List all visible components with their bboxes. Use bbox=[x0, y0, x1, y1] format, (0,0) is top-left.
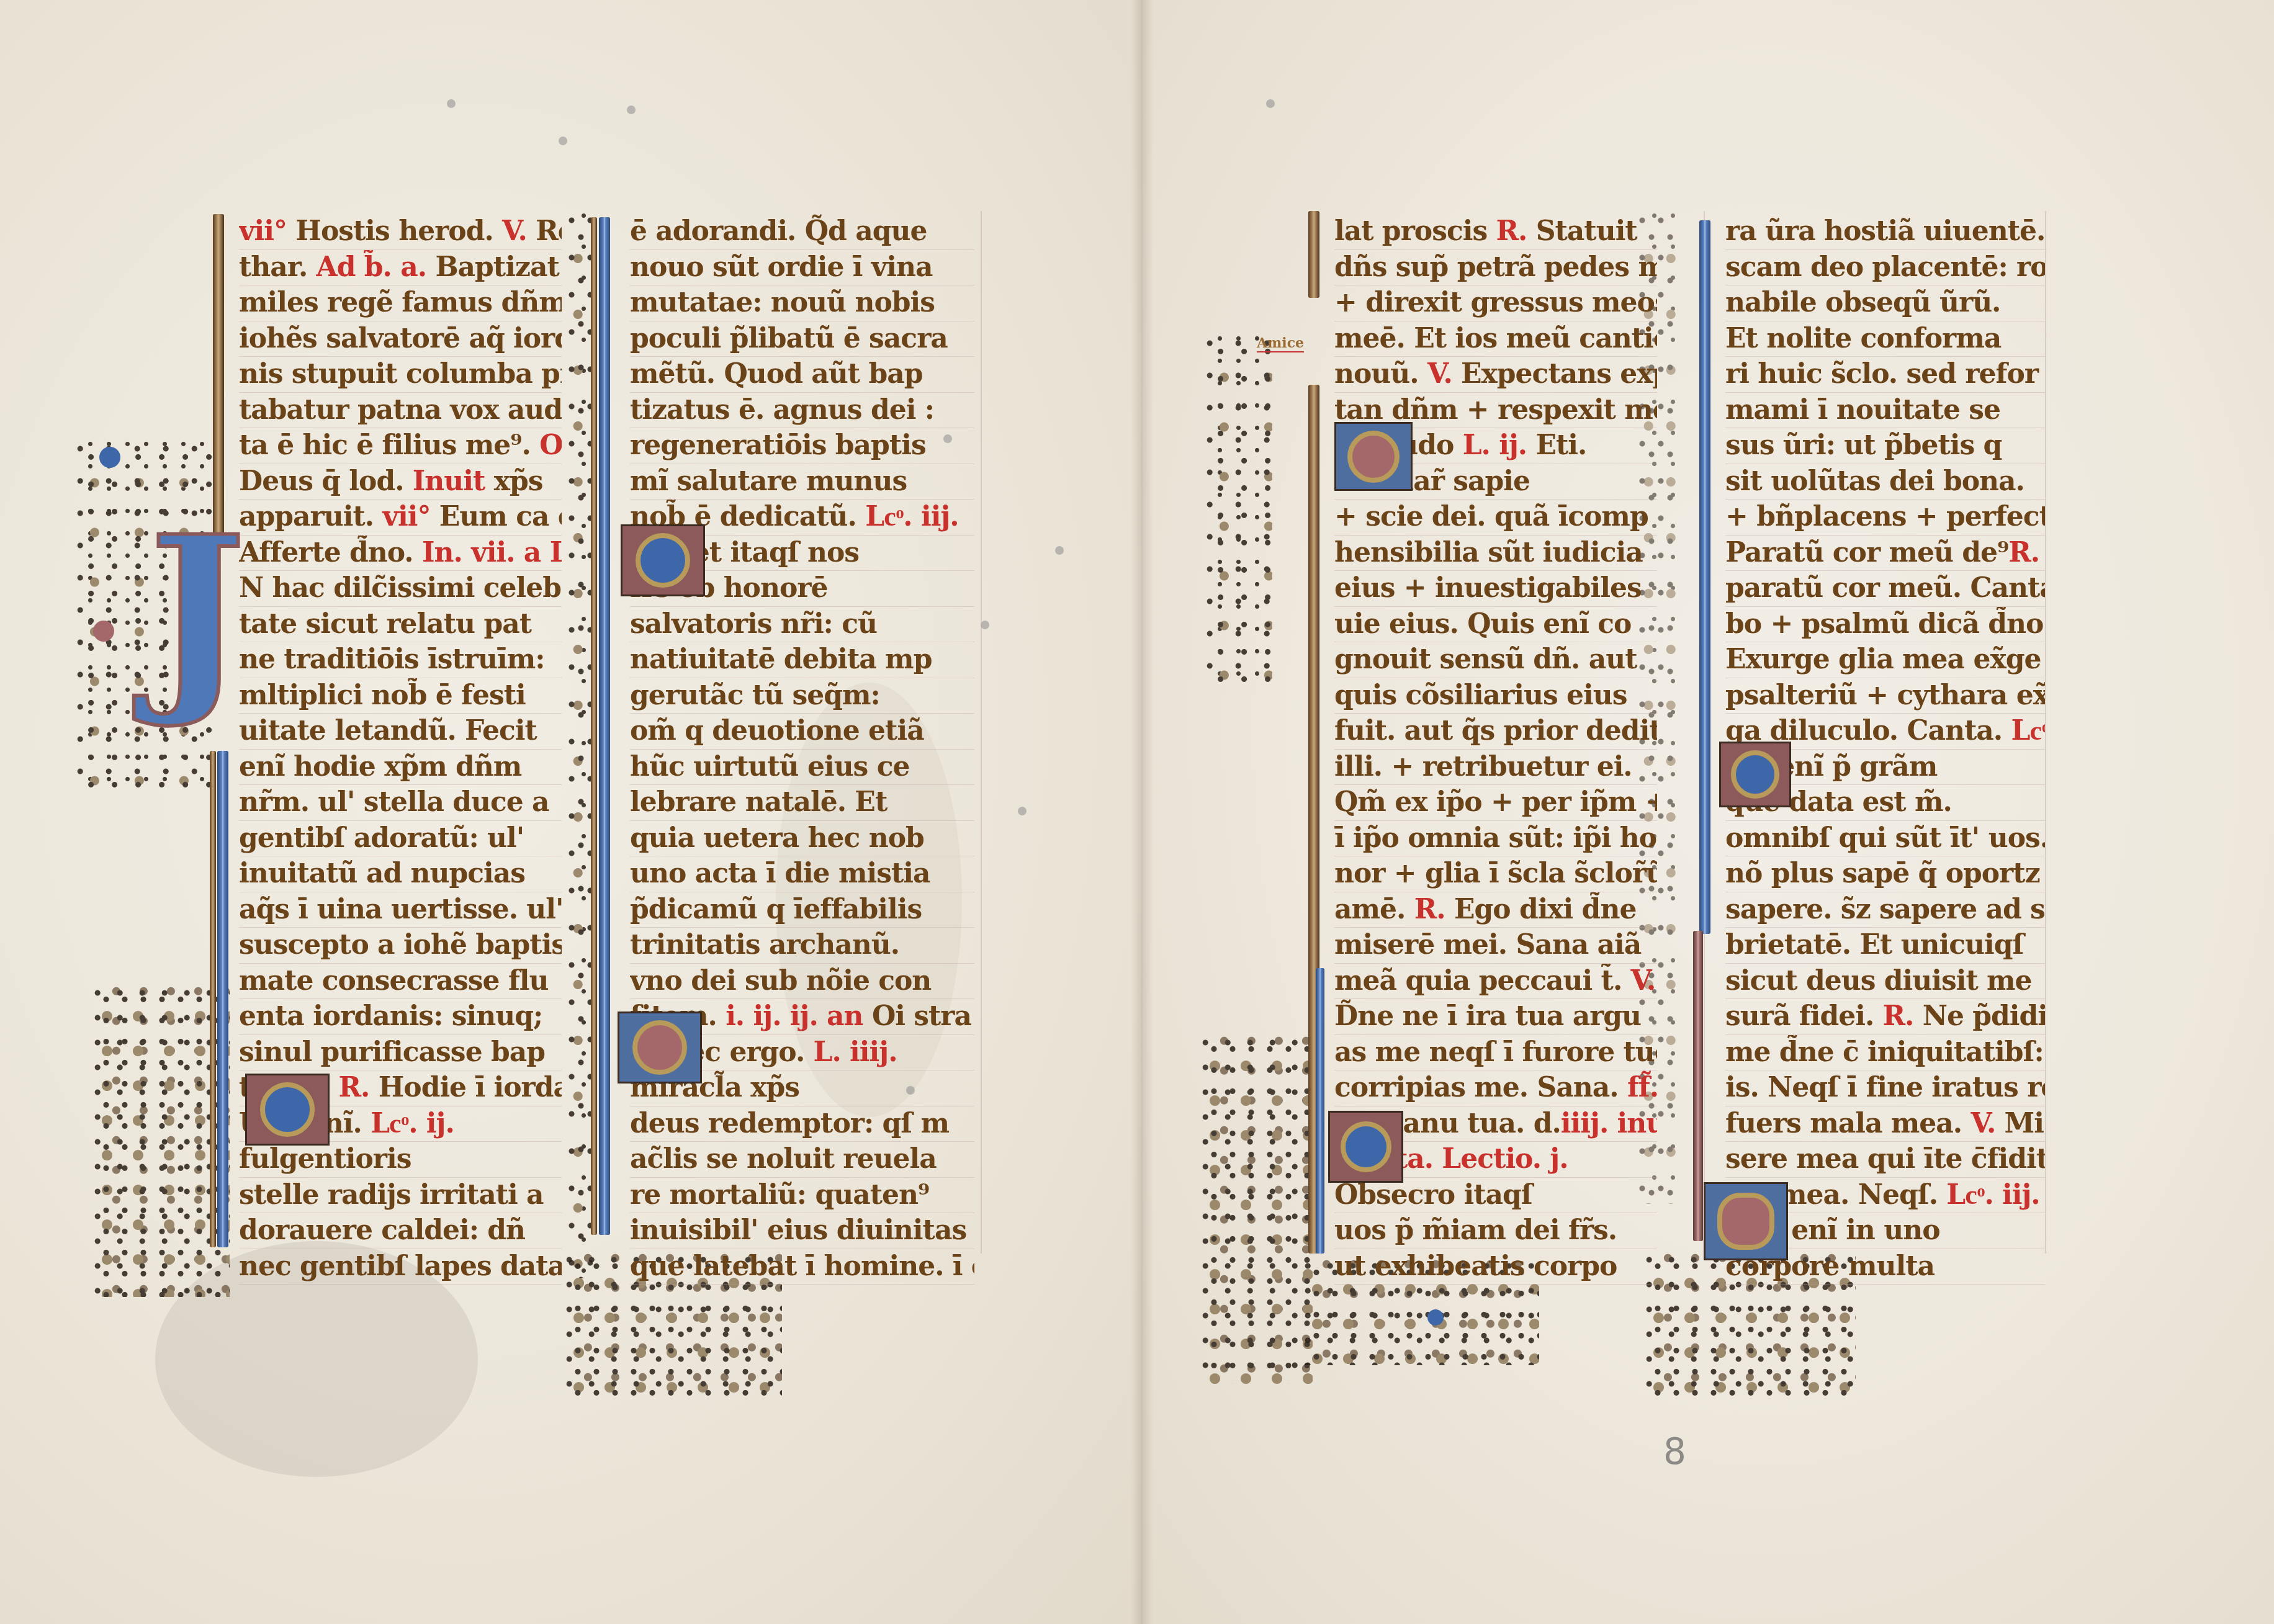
text-line: p̃dicamũ q īeffabilis bbox=[630, 892, 974, 928]
initial-O-altitudo-box bbox=[1334, 422, 1413, 491]
text-line: nis stupuit columba protec bbox=[239, 357, 562, 393]
rubric: R. bbox=[1883, 1000, 1923, 1032]
text-line: gnouit sensũ dñ. aut bbox=[1334, 642, 1657, 678]
text-line: inuisibil' eius diuinitas bbox=[630, 1213, 974, 1249]
text-line: Obsecro itaqſ bbox=[1334, 1178, 1657, 1214]
blue-bar-border bbox=[1316, 968, 1324, 1254]
text-line: re mortaliũ: quaten⁹ bbox=[630, 1178, 974, 1214]
text-segment: is. Neqſ ī fine iratus re bbox=[1725, 1072, 2045, 1103]
text-segment: quia uetera hec nob bbox=[630, 822, 924, 854]
text-line: Afferte d̃no. In. vii. a Lcͦ p̃. bbox=[239, 536, 562, 572]
text-segment: sinul purificasse bap bbox=[239, 1036, 545, 1068]
text-segment: surã fidei. bbox=[1725, 1000, 1883, 1032]
text-line: ⁠+ direxit gressus meos de⁹ bbox=[1334, 285, 1657, 321]
text-segment: Et nolite conforma bbox=[1725, 323, 2001, 354]
text-line: que latebat ī homine. ī ope bbox=[630, 1249, 974, 1285]
text-segment: nabile obseqũ ũrũ. bbox=[1725, 287, 2000, 318]
text-line: fuers mala mea. V. Mi bbox=[1725, 1106, 2045, 1142]
text-line: sapere. s̃z sapere ad so bbox=[1725, 892, 2045, 928]
text-segment: nouo sũt ordie ī vina bbox=[630, 251, 933, 283]
text-line: mẽtũ. Quod aũt bap bbox=[630, 357, 974, 393]
text-segment: hensibilia sũt iudicia bbox=[1334, 537, 1643, 568]
text-segment: tate sicut relatu pat bbox=[239, 608, 531, 640]
text-segment: N hac dilc̃issimi celeb bbox=[239, 572, 561, 604]
text-line: nouo sũt ordie ī vina bbox=[630, 250, 974, 286]
text-line: + scie dei. quã īcomp bbox=[1334, 500, 1657, 536]
text-segment: aq̃s ī uina uertisse. ul' bbox=[239, 894, 562, 925]
text-segment: gerutãc tũ seq̃m: bbox=[630, 680, 880, 711]
text-line: is. Neqſ ī fine iratus re bbox=[1725, 1070, 2045, 1106]
text-segment: Afferte d̃no. bbox=[239, 537, 422, 568]
text-segment: apparuit. bbox=[239, 501, 382, 532]
text-segment: iohẽs salvatorē aq̃ iorda bbox=[239, 323, 562, 354]
blue-bar-border bbox=[1699, 220, 1710, 934]
rubric: i. ij. ij. an bbox=[726, 1000, 872, 1032]
text-line: inuitatũ ad nupcias bbox=[239, 856, 562, 892]
pencil-folio-number: 8 bbox=[1663, 1430, 1686, 1473]
blue-bar-border bbox=[217, 751, 228, 1247]
text-line: aq̃s ī uina uertisse. ul' bbox=[239, 892, 562, 928]
text-line: dñs sup̃ petrã pedes meos bbox=[1334, 250, 1657, 286]
text-segment: inuitatũ ad nupcias bbox=[239, 858, 525, 889]
text-line: ī ip̃o omnia sũt: ip̃i ho bbox=[1334, 821, 1657, 857]
text-line: trinitatis archanũ. bbox=[630, 928, 974, 964]
text-line: lat proscis R. Statuit bbox=[1334, 214, 1657, 250]
text-line: mami ī nouitate se bbox=[1725, 393, 2045, 429]
rubric: Orͦo bbox=[539, 429, 562, 461]
text-line: hensibilia sũt iudicia bbox=[1334, 536, 1657, 572]
text-segment: illi. + retribuetur ei. bbox=[1334, 751, 1632, 783]
text-segment: xp̃s bbox=[485, 465, 542, 497]
text-line: Paratũ cor meũ de⁹R. bbox=[1725, 536, 2045, 572]
text-line: om̃ q deuotione etiã bbox=[630, 714, 974, 750]
text-segment: inuisibil' eius diuinitas bbox=[630, 1214, 966, 1246]
text-segment: dorauere caldei: dñ bbox=[239, 1214, 525, 1246]
rubric: Lcͦ. iij. bbox=[1946, 1179, 2039, 1211]
text-line: corripias me. Sana. ff̃. bbox=[1334, 1070, 1657, 1106]
text-segment: omnibſ qui sũt īt' uos. bbox=[1725, 822, 2045, 854]
text-segment: nõ plus sapē q̃ oportz bbox=[1725, 858, 2040, 889]
text-line: sere mea qui īte c̄fidit bbox=[1725, 1142, 2045, 1178]
text-line: N hac dilc̃issimi celeb bbox=[239, 571, 562, 607]
foxing-spot bbox=[1018, 807, 1027, 815]
text-line: sit uolũtas dei bona. bbox=[1725, 464, 2045, 500]
text-line: ri huic s̃clo. sed refor bbox=[1725, 357, 2045, 393]
rubric: vii° bbox=[239, 215, 295, 247]
text-line: Exurge glia mea ex̃ge bbox=[1725, 642, 2045, 678]
text-segment: Obsecro itaqſ bbox=[1334, 1179, 1532, 1211]
initial-S-sicut-box bbox=[1704, 1182, 1788, 1260]
text-line: deus redemptor: qſ m bbox=[630, 1106, 974, 1142]
text-line: mate consecrasse flu bbox=[239, 964, 562, 1000]
initial-O-obsecro-ring bbox=[1341, 1121, 1391, 1172]
text-line: enĩ hodie xp̃m dñm bbox=[239, 750, 562, 786]
text-line: D̃ne ne ī ira tua argu bbox=[1334, 999, 1657, 1035]
foxing-spot bbox=[1055, 546, 1064, 555]
text-line: vii° Hostis herod. V. Reges bbox=[239, 214, 562, 250]
text-segment: Deus q̄ lod. bbox=[239, 465, 413, 497]
text-line: enta iordanis: sinuq; bbox=[239, 999, 562, 1035]
text-segment: tan dñm + respexit me. bbox=[1334, 394, 1657, 426]
text-line: hũc uirtutũ eius ce bbox=[630, 750, 974, 786]
text-segment: uos p̃ m̃iam dei fr̃s. bbox=[1334, 1214, 1617, 1246]
text-line: gerutãc tũ seq̃m: bbox=[630, 678, 974, 714]
text-line: iohẽs salvatorē aq̃ iorda bbox=[239, 321, 562, 357]
text-segment: Ne p̃didis bbox=[1923, 1000, 2045, 1032]
text-segment: mltiplici nob̃ ē festi bbox=[239, 680, 526, 711]
text-segment: enta iordanis: sinuq; bbox=[239, 1000, 542, 1032]
text-line: uie eius. Quis enĩ co bbox=[1334, 607, 1657, 643]
intercolumnar-border bbox=[568, 211, 593, 1278]
rubric: Lcͦ. iij. bbox=[865, 501, 958, 532]
rose-bar-border bbox=[1693, 931, 1703, 1241]
rubric: L. ij. bbox=[1463, 429, 1536, 461]
text-segment: fuers mala mea. bbox=[1725, 1108, 1971, 1139]
text-segment: uno acta ī die mistia bbox=[630, 858, 930, 889]
text-line: nouũ. V. Expectans expec bbox=[1334, 357, 1657, 393]
text-line: thar. Ad b̃. a. Baptizat bbox=[239, 250, 562, 286]
text-segment: hũc uirtutũ eius ce bbox=[630, 751, 910, 783]
text-segment: Ego dixi d̃ne bbox=[1454, 894, 1636, 925]
text-line: bo + psalmũ dicã d̃no. V. bbox=[1725, 607, 2045, 643]
text-segment: tabatur patna vox audi bbox=[239, 394, 562, 426]
text-segment: brietatē. Et unicuiqſ bbox=[1725, 929, 2024, 961]
text-segment: amē. bbox=[1334, 894, 1414, 925]
text-segment: nr̃m. ul' stella duce a bbox=[239, 786, 549, 818]
text-segment: ra ũra hostiã uiuentē. bbox=[1725, 215, 2045, 247]
rubric: Lectio. j. bbox=[1442, 1143, 1568, 1175]
text-line: ut exhibeatis corpo bbox=[1334, 1249, 1657, 1285]
text-line: lebrare natalē. Et bbox=[630, 785, 974, 821]
text-line: natiuitatē debita mp bbox=[630, 642, 974, 678]
text-line: gentibſ adoratũ: ul' bbox=[239, 821, 562, 857]
text-line: ne traditiōis īstruīm: bbox=[239, 642, 562, 678]
text-segment: salvatoris nr̃i: cũ bbox=[630, 608, 877, 640]
text-line: uno acta ī die mistia bbox=[630, 856, 974, 892]
text-segment: ē adorandi. Q̃d aque bbox=[630, 215, 927, 247]
ruling-line bbox=[2045, 211, 2046, 1254]
text-line: stelle radijs irritati a bbox=[239, 1178, 562, 1214]
text-segment: fuit. aut q̃s prior dedit bbox=[1334, 715, 1657, 747]
text-segment: lat proscis bbox=[1334, 215, 1496, 247]
text-segment: fulgentioris bbox=[239, 1143, 411, 1175]
text-line: uos p̃ m̃iam dei fr̃s. bbox=[1334, 1213, 1657, 1249]
initial-D-box bbox=[618, 1012, 702, 1083]
text-segment: ri huic s̃clo. sed refor bbox=[1725, 358, 2038, 390]
text-segment: trinitatis archanũ. bbox=[630, 929, 899, 961]
rubric: R. bbox=[2008, 537, 2039, 568]
text-segment: meē. Et ios meũ canticã bbox=[1334, 323, 1657, 354]
text-line: ac̃lis se noluit reuela bbox=[630, 1142, 974, 1178]
rubric: V. bbox=[1631, 965, 1656, 997]
rubric: V. bbox=[502, 215, 536, 247]
text-segment: uitate letandũ. Fecit bbox=[239, 715, 537, 747]
rubric: V. bbox=[1971, 1108, 2005, 1139]
text-segment: Reges bbox=[536, 215, 562, 247]
text-segment: Eum ca est. bbox=[439, 501, 562, 532]
text-line: poculi p̃libatũ ē sacra bbox=[630, 321, 974, 357]
text-segment: re mortaliũ: quaten⁹ bbox=[630, 1179, 929, 1211]
text-segment: sus ũri: ut p̃betis q bbox=[1725, 429, 2002, 461]
text-segment: Expectans expec bbox=[1461, 358, 1657, 390]
text-segment: corripias me. Sana. bbox=[1334, 1072, 1627, 1103]
initial-D-dico-ring bbox=[1731, 750, 1779, 799]
rubric: iiij. inuit bbox=[1561, 1108, 1657, 1139]
text-segment: Qm̃ ex ip̃o + per ip̃m + bbox=[1334, 786, 1657, 818]
text-segment: Statuit bbox=[1536, 215, 1637, 247]
text-line: paratũ cor meũ. Canta bbox=[1725, 571, 2045, 607]
initial-O-obsecro-box bbox=[1328, 1111, 1403, 1183]
text-segment: sere mea qui īte c̄fidit bbox=[1725, 1143, 2045, 1175]
rubric: ff̃. bbox=[1627, 1072, 1657, 1103]
text-line: scam deo placentē: ro bbox=[1725, 250, 2045, 286]
text-line: tizatus ē. agnus dei : bbox=[630, 393, 974, 429]
foxing-spot bbox=[981, 621, 989, 629]
text-segment: quis cõsiliarius eius bbox=[1334, 680, 1627, 711]
rubric: Lcͦ. ij. bbox=[2011, 715, 2045, 747]
historiated-J-initial: J bbox=[149, 509, 246, 714]
foxing-spot bbox=[559, 137, 567, 145]
rubric: Lcͦ p̃. bbox=[550, 537, 562, 568]
rubric: Lcͦ. ij. bbox=[371, 1108, 454, 1139]
text-segment: miles regẽ famus dñm suũ bbox=[239, 287, 562, 318]
text-segment: nouũ. bbox=[1334, 358, 1427, 390]
gold-bar-border bbox=[210, 751, 216, 1247]
rubric: V. bbox=[1427, 358, 1461, 390]
text-segment: uie eius. Quis enĩ co bbox=[1334, 608, 1631, 640]
text-segment: om̃ q deuotione etiã bbox=[630, 715, 924, 747]
text-line: quis cõsiliarius eius bbox=[1334, 678, 1657, 714]
initial-O-altitudo-ring bbox=[1347, 431, 1400, 483]
text-segment: Oi stra bbox=[872, 1000, 971, 1032]
text-line: ra ũra hostiã uiuentē. bbox=[1725, 214, 2045, 250]
text-line: fuit. aut q̃s prior dedit bbox=[1334, 714, 1657, 750]
initial-Q-box bbox=[245, 1074, 330, 1146]
initial-Q-ring bbox=[260, 1082, 315, 1137]
text-segment: mami ī nouitate se bbox=[1725, 394, 2000, 426]
text-line: miles regẽ famus dñm suũ bbox=[239, 285, 562, 321]
text-segment: bo + psalmũ dicã d̃no. bbox=[1725, 608, 2045, 640]
text-segment: ta ē hic ē filius me⁹. bbox=[239, 429, 539, 461]
text-segment: enĩ hodie xp̃m dñm bbox=[239, 751, 521, 783]
text-segment: sicut deus diuisit me bbox=[1725, 965, 2032, 997]
text-line: brietatē. Et unicuiqſ bbox=[1725, 928, 2045, 964]
text-line: + bñplacens + perfecta bbox=[1725, 500, 2045, 536]
text-line: salvatoris nr̃i: cũ bbox=[630, 607, 974, 643]
gold-bar-border bbox=[1308, 211, 1319, 298]
text-line: quia uetera hec nob bbox=[630, 821, 974, 857]
text-segment: p̃dicamũ q īeffabilis bbox=[630, 894, 922, 925]
text-segment: mutatae: nouũ nobis bbox=[630, 287, 935, 318]
ruling-line bbox=[981, 211, 982, 1254]
text-segment: me d̃ne c̄ iniquitatibſ: me bbox=[1725, 1036, 2045, 1068]
text-line: ē adorandi. Q̃d aque bbox=[630, 214, 974, 250]
text-segment: ac̃lis se noluit reuela bbox=[630, 1143, 937, 1175]
text-segment: as me neqſ ī furore tuo bbox=[1334, 1036, 1657, 1068]
text-segment: sit uolũtas dei bona. bbox=[1725, 465, 2025, 497]
text-segment: + scie dei. quã īcomp bbox=[1334, 501, 1648, 532]
text-line: dorauere caldei: dñ bbox=[239, 1213, 562, 1249]
text-segment: miserē mei. Sana aiã bbox=[1334, 929, 1641, 961]
text-line: Deus q̄ lod. Inuit xp̃s bbox=[239, 464, 562, 500]
text-segment: lebrare natalē. Et bbox=[630, 786, 887, 818]
text-line: psalteriũ + cythara ex̃ bbox=[1725, 678, 2045, 714]
text-segment: mate consecrasse flu bbox=[239, 965, 549, 997]
text-segment: dñs sup̃ petrã pedes meos bbox=[1334, 251, 1657, 283]
text-segment: Mi bbox=[2005, 1108, 2044, 1139]
text-line: surã fidei. R. Ne p̃didis bbox=[1725, 999, 2045, 1035]
text-line: Qm̃ ex ip̃o + per ip̃m + bbox=[1334, 785, 1657, 821]
text-line: amē. R. Ego dixi d̃ne bbox=[1334, 892, 1657, 928]
text-segment: poculi p̃libatũ ē sacra bbox=[630, 323, 948, 354]
text-segment: thar. bbox=[239, 251, 317, 283]
text-line: apparuit. vii° Eum ca est. bbox=[239, 500, 562, 536]
text-segment: regeneratiōis baptis bbox=[630, 429, 926, 461]
text-line: as me neqſ ī furore tuo bbox=[1334, 1035, 1657, 1071]
text-line: tabatur patna vox audi bbox=[239, 393, 562, 429]
text-line: sicut deus diuisit me bbox=[1725, 964, 2045, 1000]
text-segment: sapere. s̃z sapere ad so bbox=[1725, 894, 2045, 925]
foxing-spot bbox=[447, 99, 456, 108]
text-line: sus ũri: ut p̃betis q bbox=[1725, 428, 2045, 464]
text-column-2: ē adorandi. Q̃d aquenouo sũt ordie ī v… bbox=[630, 214, 974, 1285]
text-segment: gnouit sensũ dñ. aut bbox=[1334, 644, 1637, 675]
blue-flower-icon bbox=[99, 447, 120, 468]
text-line: nabile obseqũ ũrũ. bbox=[1725, 285, 2045, 321]
text-line: suscepto a iohẽ baptis bbox=[239, 928, 562, 964]
blue-flower-icon bbox=[1427, 1309, 1444, 1326]
rubric: vii° bbox=[382, 501, 439, 532]
rubric: R. bbox=[1414, 894, 1454, 925]
rose-flower-icon bbox=[93, 621, 114, 642]
text-segment: Baptizat bbox=[435, 251, 559, 283]
text-segment: vno dei sub nõie con bbox=[630, 965, 931, 997]
gutter-fold bbox=[1131, 0, 1153, 1624]
text-segment: nis stupuit columba protec bbox=[239, 358, 562, 390]
text-segment: mẽtũ. Quod aũt bap bbox=[630, 358, 922, 390]
text-line: illi. + retribuetur ei. bbox=[1334, 750, 1657, 786]
text-line: me d̃ne c̄ iniquitatibſ: me bbox=[1725, 1035, 2045, 1071]
text-line: mĩ salutare munus bbox=[630, 464, 974, 500]
text-segment: mĩ salutare munus bbox=[630, 465, 907, 497]
initial-O-ring bbox=[636, 533, 690, 588]
text-segment: ⁠+ direxit gressus meos de⁹ bbox=[1334, 287, 1657, 318]
foliate-border-panel bbox=[93, 987, 230, 1297]
text-segment: suscepto a iohẽ baptis bbox=[239, 929, 562, 961]
foxing-spot bbox=[1266, 99, 1275, 108]
marginal-note: Amice bbox=[1257, 335, 1304, 352]
text-line: vno dei sub nõie con bbox=[630, 964, 974, 1000]
text-segment: eius + inuestigabiles bbox=[1334, 572, 1642, 604]
text-line: tate sicut relatu pat bbox=[239, 607, 562, 643]
text-segment: stelle radijs irritati a bbox=[239, 1179, 544, 1211]
text-segment: ī ip̃o omnia sũt: ip̃i ho bbox=[1334, 822, 1656, 854]
text-segment: + bñplacens + perfecta bbox=[1725, 501, 2045, 532]
text-segment: ne traditiōis īstruīm: bbox=[239, 644, 545, 675]
text-line: omnibſ qui sũt īt' uos. bbox=[1725, 821, 2045, 857]
text-segment: Hodie ī iordane. bbox=[379, 1072, 562, 1103]
rubric: In. vii. a bbox=[422, 537, 550, 568]
text-segment: D̃ne ne ī ira tua argu bbox=[1334, 1000, 1641, 1032]
text-segment: paratũ cor meũ. Canta bbox=[1725, 572, 2045, 604]
rubric: R. bbox=[339, 1072, 379, 1103]
text-segment: psalteriũ + cythara ex̃ bbox=[1725, 680, 2045, 711]
text-line: meē. Et ios meũ canticã bbox=[1334, 321, 1657, 357]
text-line: nec gentibſ lapes data bbox=[239, 1249, 562, 1285]
text-segment: natiuitatē debita mp bbox=[630, 644, 932, 675]
text-line: nõ plus sapē q̃ oportz bbox=[1725, 856, 2045, 892]
text-segment: ut exhibeatis corpo bbox=[1334, 1250, 1617, 1282]
text-line: meã quia peccaui t̃. V. bbox=[1334, 964, 1657, 1000]
text-segment: scam deo placentē: ro bbox=[1725, 251, 2045, 283]
foxing-spot bbox=[627, 105, 636, 114]
text-line: ta ē hic ē filius me⁹. Orͦo bbox=[239, 428, 562, 464]
text-segment: Eti. bbox=[1536, 429, 1587, 461]
text-line: mltiplici nob̃ ē festi bbox=[239, 678, 562, 714]
text-segment: deus redemptor: qſ m bbox=[630, 1108, 949, 1139]
rubric: Inuit bbox=[413, 465, 485, 497]
text-line: mutatae: nouũ nobis bbox=[630, 285, 974, 321]
text-line: eius + inuestigabiles bbox=[1334, 571, 1657, 607]
text-segment: Paratũ cor meũ de⁹ bbox=[1725, 537, 2008, 568]
initial-O-box bbox=[621, 524, 705, 596]
text-line: uitate letandũ. Fecit bbox=[239, 714, 562, 750]
text-line: regeneratiōis baptis bbox=[630, 428, 974, 464]
text-segment: Exurge glia mea ex̃ge bbox=[1725, 644, 2041, 675]
rubric: R. bbox=[1496, 215, 1536, 247]
text-segment: nec gentibſ lapes data bbox=[239, 1250, 562, 1282]
text-segment: gentibſ adoratũ: ul' bbox=[239, 822, 524, 854]
text-segment: nor + glia ī s̃cla s̃clor̃ũ bbox=[1334, 858, 1657, 889]
text-segment: tizatus ē. agnus dei : bbox=[630, 394, 934, 426]
text-line: fulgentioris bbox=[239, 1142, 562, 1178]
text-line: nr̃m. ul' stella duce a bbox=[239, 785, 562, 821]
rubric: L. iiij. bbox=[814, 1036, 897, 1068]
text-line: nor + glia ī s̃cla s̃clor̃ũ bbox=[1334, 856, 1657, 892]
text-segment: que latebat ī homine. ī ope bbox=[630, 1250, 974, 1282]
gold-bar-border bbox=[591, 217, 597, 1235]
text-line: miserē mei. Sana aiã bbox=[1334, 928, 1657, 964]
rubric: Ad b̃. a. bbox=[317, 251, 436, 283]
initial-D-dico-box bbox=[1719, 742, 1791, 807]
foliate-border-panel bbox=[1201, 1036, 1313, 1384]
initial-S-sicut-ring bbox=[1717, 1193, 1774, 1250]
text-segment: Hostis herod. bbox=[295, 215, 502, 247]
text-segment: meã quia peccaui t̃. bbox=[1334, 965, 1631, 997]
text-line: sinul purificasse bap bbox=[239, 1035, 562, 1071]
foliate-border-panel bbox=[1204, 335, 1272, 683]
blue-bar-border bbox=[599, 217, 610, 1235]
initial-D-ring bbox=[632, 1020, 687, 1075]
text-line: Et nolite conforma bbox=[1725, 321, 2045, 357]
